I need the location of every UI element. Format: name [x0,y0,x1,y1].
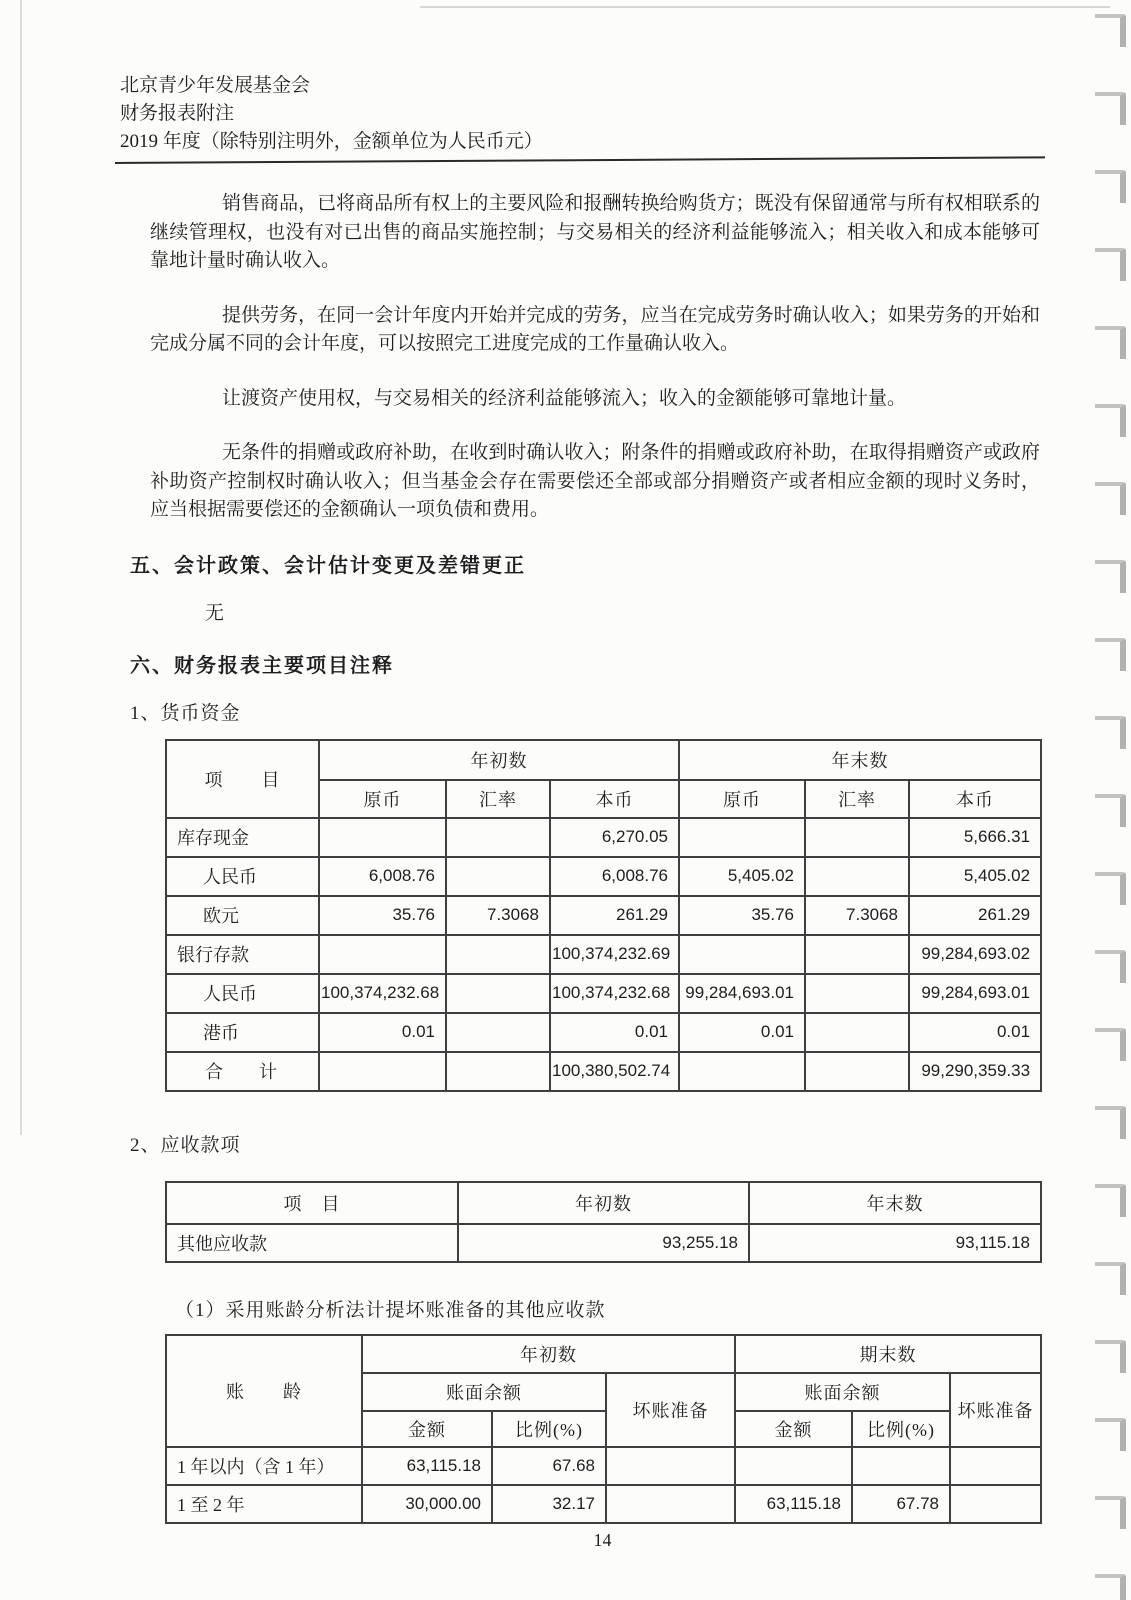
binding-hole-mark [1095,14,1126,47]
data-cell: 93,115.18 [749,1224,1041,1262]
binding-hole-mark [1095,248,1126,281]
data-cell: 6,270.05 [550,818,679,857]
data-cell: 99,290,359.33 [909,1052,1041,1091]
row-label: 库存现金 [166,818,319,857]
row-label: 人民币 [166,857,319,896]
organization-name: 北京青少年发展基金会 [120,72,1131,100]
table-row-hkd-deposits: 港币 0.01 0.01 0.01 0.01 [166,1013,1041,1052]
page-number: 14 [165,1530,1040,1551]
header-cell-bad-debt-provision: 坏账准备 [606,1373,735,1447]
data-cell: 35.76 [679,896,805,935]
paragraph-donation-revenue: 无条件的捐赠或政府补助，在收到时确认收入；附条件的捐赠或政府补助，在取得捐赠资产… [150,439,1040,525]
table-header-row: 项 目 年初数 年末数 [166,740,1041,780]
binding-hole-mark [1095,560,1126,593]
data-cell: 93,255.18 [458,1224,749,1262]
header-cell-item: 项 目 [166,740,319,818]
data-cell: 0.01 [319,1013,446,1052]
data-cell [679,935,805,974]
binding-hole-mark [1095,1028,1126,1061]
paragraph-asset-use-revenue: 让渡资产使用权，与交易相关的经济利益能够流入；收入的金额能够可靠地计量。 [150,385,1040,414]
data-cell: 5,405.02 [679,857,805,896]
header-divider-rule [115,156,1045,164]
header-cell-amount: 金额 [735,1411,852,1447]
data-cell: 99,284,693.01 [679,974,805,1013]
header-cell-ending: 年末数 [679,740,1041,780]
data-cell: 5,405.02 [909,857,1041,896]
header-cell-ratio: 比例(%) [492,1411,606,1447]
binding-hole-mark [1095,1106,1126,1139]
data-cell: 7.3068 [446,896,550,935]
table-row-euro-cash: 欧元 35.76 7.3068 261.29 35.76 7.3068 261.… [166,896,1041,935]
table-row-total: 合 计 100,380,502.74 99,290,359.33 [166,1052,1041,1091]
table-row-bank-deposits: 银行存款 100,374,232.69 99,284,693.02 [166,935,1041,974]
header-cell-original-currency: 原币 [679,780,805,818]
note-2-sub-1-heading: （1）采用账龄分析法计提坏账准备的其他应收款 [175,1295,1131,1322]
header-cell-book-balance: 账面余额 [735,1373,950,1411]
row-label: 1 至 2 年 [166,1485,362,1523]
data-cell: 0.01 [679,1013,805,1052]
data-cell [606,1485,735,1523]
data-cell [950,1485,1041,1523]
binding-hole-mark [1095,1184,1126,1217]
binding-hole-mark [1095,1496,1126,1529]
table-row-rmb-cash: 人民币 6,008.76 6,008.76 5,405.02 5,405.02 [166,857,1041,896]
data-cell [679,818,805,857]
binding-hole-mark [1095,950,1126,983]
scan-page-edge-top [420,6,1110,8]
binding-hole-mark [1095,1574,1126,1600]
data-cell [606,1447,735,1485]
data-cell [319,935,446,974]
scanned-financial-notes-page: { "header": { "org_name": "北京青少年发展基金会", … [0,0,1131,1600]
data-cell: 100,380,502.74 [550,1052,679,1091]
data-cell: 63,115.18 [735,1485,852,1523]
data-cell [805,1013,909,1052]
header-cell-bad-debt-provision: 坏账准备 [950,1373,1041,1447]
data-cell: 100,374,232.69 [550,935,679,974]
header-cell-beginning: 年初数 [362,1335,735,1373]
header-cell-book-balance: 账面余额 [362,1373,606,1411]
data-cell: 261.29 [909,896,1041,935]
data-cell: 0.01 [550,1013,679,1052]
binding-hole-mark [1095,404,1126,437]
table-row-within-1-year: 1 年以内（含 1 年） 63,115.18 67.68 [166,1447,1041,1485]
data-cell [805,857,909,896]
section-5-heading: 五、会计政策、会计估计变更及差错更正 [130,549,1131,578]
data-cell: 7.3068 [805,896,909,935]
data-cell: 30,000.00 [362,1485,492,1523]
row-label: 人民币 [166,974,319,1013]
binding-hole-mark [1095,794,1126,827]
section-6-heading: 六、财务报表主要项目注释 [130,649,1131,678]
binding-hole-mark [1095,1262,1126,1295]
data-cell: 99,284,693.02 [909,935,1041,974]
binding-hole-mark [1095,716,1126,749]
document-title: 财务报表附注 [120,100,1131,128]
data-cell [446,1013,550,1052]
row-label-total: 合 计 [166,1052,319,1091]
data-cell [805,1052,909,1091]
data-cell [805,935,909,974]
data-cell: 6,008.76 [319,857,446,896]
binding-hole-mark [1095,326,1126,359]
data-cell: 100,374,232.68 [319,974,446,1013]
data-cell [446,1052,550,1091]
header-cell-aging: 账 龄 [166,1335,362,1447]
header-cell-ratio: 比例(%) [852,1411,950,1447]
row-label: 1 年以内（含 1 年） [166,1447,362,1485]
data-cell: 0.01 [909,1013,1041,1052]
header-cell-local-currency: 本币 [909,780,1041,818]
row-label: 欧元 [166,896,319,935]
data-cell [852,1447,950,1485]
table-header-row: 项 目 年初数 年末数 [166,1182,1041,1224]
data-cell [679,1052,805,1091]
binding-hole-mark [1095,92,1126,125]
monetary-funds-table: 项 目 年初数 年末数 原币 汇率 本币 原币 汇率 本币 库存现金 6,270… [165,739,1042,1092]
data-cell [446,974,550,1013]
header-cell-amount: 金额 [362,1411,492,1447]
data-cell [950,1447,1041,1485]
data-cell: 100,374,232.68 [550,974,679,1013]
row-label: 银行存款 [166,935,319,974]
document-header: 北京青少年发展基金会 财务报表附注 2019 年度（除特别注明外，金额单位为人民… [120,72,1131,156]
data-cell [319,818,446,857]
row-label: 港币 [166,1013,319,1052]
data-cell: 6,008.76 [550,857,679,896]
data-cell [446,935,550,974]
binding-hole-mark [1095,482,1126,515]
header-cell-original-currency: 原币 [319,780,446,818]
section-5-content-none: 无 [205,598,1131,625]
header-cell-exchange-rate: 汇率 [446,780,550,818]
paragraph-sales-revenue: 销售商品，已将商品所有权上的主要风险和报酬转换给购货方；既没有保留通常与所有权相… [150,190,1040,276]
note-1-heading: 1、货币资金 [130,698,1131,725]
data-cell [446,818,550,857]
table-row-other-receivables: 其他应收款 93,255.18 93,115.18 [166,1224,1041,1262]
scan-page-edge-left [20,0,22,1135]
binding-hole-mark [1095,1418,1126,1451]
header-cell-period-end: 期末数 [735,1335,1041,1373]
header-cell-beginning: 年初数 [458,1182,749,1224]
data-cell: 32.17 [492,1485,606,1523]
table-header-row: 账 龄 年初数 期末数 [166,1335,1041,1373]
table-row-cash-on-hand: 库存现金 6,270.05 5,666.31 [166,818,1041,857]
data-cell: 35.76 [319,896,446,935]
note-2-heading: 2、应收款项 [130,1130,1131,1157]
data-cell: 67.68 [492,1447,606,1485]
header-cell-item: 项 目 [166,1182,458,1224]
row-label: 其他应收款 [166,1224,458,1262]
data-cell [805,974,909,1013]
aging-analysis-table: 账 龄 年初数 期末数 账面余额 坏账准备 账面余额 坏账准备 金额 比例(%)… [165,1334,1042,1524]
header-cell-exchange-rate: 汇率 [805,780,909,818]
reporting-period-line: 2019 年度（除特别注明外，金额单位为人民币元） [120,128,1131,156]
binding-hole-mark [1095,638,1126,671]
header-cell-ending: 年末数 [749,1182,1041,1224]
table-row-1-to-2-years: 1 至 2 年 30,000.00 32.17 63,115.18 67.78 [166,1485,1041,1523]
binding-hole-mark [1095,1340,1126,1373]
data-cell: 5,666.31 [909,818,1041,857]
header-cell-beginning: 年初数 [319,740,679,780]
data-cell [446,857,550,896]
table-row-rmb-deposits: 人民币 100,374,232.68 100,374,232.68 99,284… [166,974,1041,1013]
data-cell [735,1447,852,1485]
binding-hole-mark [1095,170,1126,203]
data-cell: 99,284,693.01 [909,974,1041,1013]
header-cell-local-currency: 本币 [550,780,679,818]
paragraph-service-revenue: 提供劳务，在同一会计年度内开始并完成的劳务，应当在完成劳务时确认收入；如果劳务的… [150,302,1040,359]
data-cell [805,818,909,857]
receivables-table: 项 目 年初数 年末数 其他应收款 93,255.18 93,115.18 [165,1181,1042,1263]
data-cell: 67.78 [852,1485,950,1523]
data-cell [319,1052,446,1091]
data-cell: 261.29 [550,896,679,935]
data-cell: 63,115.18 [362,1447,492,1485]
binding-hole-mark [1095,872,1126,905]
